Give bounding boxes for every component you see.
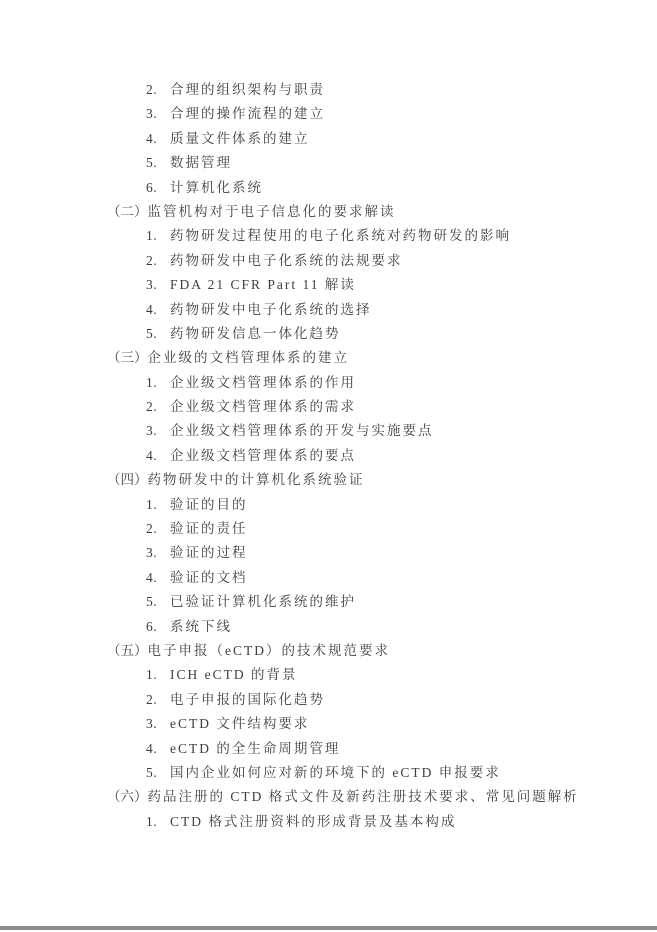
outline-item: 6.系统下线 xyxy=(0,615,657,639)
outline-section-heading: （四）药物研发中的计算机化系统验证 xyxy=(0,468,657,492)
item-number: 1. xyxy=(146,810,170,834)
item-number: 4. xyxy=(146,737,170,761)
item-text: 合理的操作流程的建立 xyxy=(170,106,325,121)
item-number: 2. xyxy=(146,78,170,102)
item-number: 5. xyxy=(146,151,170,175)
outline-item: 3.合理的操作流程的建立 xyxy=(0,102,657,126)
item-number: 1. xyxy=(146,371,170,395)
item-text: 验证的责任 xyxy=(170,521,248,536)
outline-item: 1.CTD 格式注册资料的形成背景及基本构成 xyxy=(0,810,657,834)
item-number: 1. xyxy=(146,224,170,248)
item-number: 4. xyxy=(146,444,170,468)
outline-item: 2.药物研发中电子化系统的法规要求 xyxy=(0,249,657,273)
item-number: 3. xyxy=(146,541,170,565)
section-number-label: （四） xyxy=(107,468,148,492)
item-text: 验证的文档 xyxy=(170,570,248,585)
outline-item: 5.国内企业如何应对新的环境下的 eCTD 申报要求 xyxy=(0,761,657,785)
outline-item: 4.企业级文档管理体系的要点 xyxy=(0,444,657,468)
outline-section-heading: （六）药品注册的 CTD 格式文件及新药注册技术要求、常见问题解析 xyxy=(0,785,657,809)
page-separator xyxy=(0,926,657,930)
outline-item: 4.验证的文档 xyxy=(0,566,657,590)
item-text: 企业级文档管理体系的开发与实施要点 xyxy=(170,423,434,438)
item-number: 6. xyxy=(146,176,170,200)
item-number: 5. xyxy=(146,322,170,346)
item-number: 3. xyxy=(146,419,170,443)
item-number: 2. xyxy=(146,249,170,273)
section-title: 电子申报（eCTD）的技术规范要求 xyxy=(148,643,391,658)
outline-item: 2.企业级文档管理体系的需求 xyxy=(0,395,657,419)
item-text: 验证的目的 xyxy=(170,497,248,512)
outline-item: 2.合理的组织架构与职责 xyxy=(0,78,657,102)
item-text: 质量文件体系的建立 xyxy=(170,131,310,146)
section-number-label: （六） xyxy=(107,785,148,809)
item-text: 药物研发信息一体化趋势 xyxy=(170,326,341,341)
outline-item: 1.药物研发过程使用的电子化系统对药物研发的影响 xyxy=(0,224,657,248)
outline-item: 2.验证的责任 xyxy=(0,517,657,541)
item-text: eCTD 的全生命周期管理 xyxy=(170,741,340,756)
item-text: 计算机化系统 xyxy=(170,180,263,195)
outline-item: 4.质量文件体系的建立 xyxy=(0,127,657,151)
item-text: 验证的过程 xyxy=(170,545,248,560)
item-text: FDA 21 CFR Part 11 解读 xyxy=(170,277,356,292)
item-text: 药物研发中电子化系统的法规要求 xyxy=(170,253,403,268)
outline-item: 1.验证的目的 xyxy=(0,493,657,517)
outline-item: 2.电子申报的国际化趋势 xyxy=(0,688,657,712)
item-number: 1. xyxy=(146,663,170,687)
item-text: 已验证计算机化系统的维护 xyxy=(170,594,356,609)
item-number: 6. xyxy=(146,615,170,639)
outline-item: 4.eCTD 的全生命周期管理 xyxy=(0,737,657,761)
item-number: 3. xyxy=(146,712,170,736)
item-number: 2. xyxy=(146,395,170,419)
item-text: 企业级文档管理体系的要点 xyxy=(170,448,356,463)
item-number: 3. xyxy=(146,273,170,297)
outline-item: 5.数据管理 xyxy=(0,151,657,175)
item-text: 药物研发中电子化系统的选择 xyxy=(170,302,372,317)
section-number-label: （五） xyxy=(107,639,148,663)
item-text: 数据管理 xyxy=(170,155,232,170)
section-number-label: （二） xyxy=(107,200,148,224)
outline-item: 1.企业级文档管理体系的作用 xyxy=(0,371,657,395)
section-number-label: （三） xyxy=(107,346,148,370)
outline-item: 6.计算机化系统 xyxy=(0,176,657,200)
item-number: 5. xyxy=(146,761,170,785)
outline-item: 3.企业级文档管理体系的开发与实施要点 xyxy=(0,419,657,443)
outline-section-heading: （五）电子申报（eCTD）的技术规范要求 xyxy=(0,639,657,663)
document-page: 2.合理的组织架构与职责 3.合理的操作流程的建立 4.质量文件体系的建立 5.… xyxy=(0,0,657,932)
item-number: 2. xyxy=(146,517,170,541)
section-title: 药品注册的 CTD 格式文件及新药注册技术要求、常见问题解析 xyxy=(148,789,579,804)
section-title: 监管机构对于电子信息化的要求解读 xyxy=(148,204,396,219)
item-text: 企业级文档管理体系的作用 xyxy=(170,375,356,390)
outline-item: 5.药物研发信息一体化趋势 xyxy=(0,322,657,346)
item-text: 药物研发过程使用的电子化系统对药物研发的影响 xyxy=(170,228,511,243)
item-text: 企业级文档管理体系的需求 xyxy=(170,399,356,414)
outline-item: 1.ICH eCTD 的背景 xyxy=(0,663,657,687)
item-text: 电子申报的国际化趋势 xyxy=(170,692,325,707)
item-number: 4. xyxy=(146,298,170,322)
item-number: 1. xyxy=(146,493,170,517)
outline-item: 3.FDA 21 CFR Part 11 解读 xyxy=(0,273,657,297)
outline-section-heading: （二）监管机构对于电子信息化的要求解读 xyxy=(0,200,657,224)
outline-section-heading: （三）企业级的文档管理体系的建立 xyxy=(0,346,657,370)
item-text: ICH eCTD 的背景 xyxy=(170,667,298,682)
item-number: 4. xyxy=(146,127,170,151)
item-number: 3. xyxy=(146,102,170,126)
outline-item: 3.验证的过程 xyxy=(0,541,657,565)
item-number: 5. xyxy=(146,590,170,614)
item-text: 合理的组织架构与职责 xyxy=(170,82,325,97)
outline-item: 5.已验证计算机化系统的维护 xyxy=(0,590,657,614)
outline-list: 2.合理的组织架构与职责 3.合理的操作流程的建立 4.质量文件体系的建立 5.… xyxy=(0,78,657,834)
section-title: 药物研发中的计算机化系统验证 xyxy=(148,472,365,487)
item-number: 2. xyxy=(146,688,170,712)
section-title: 企业级的文档管理体系的建立 xyxy=(148,350,350,365)
outline-item: 3.eCTD 文件结构要求 xyxy=(0,712,657,736)
item-number: 4. xyxy=(146,566,170,590)
item-text: 系统下线 xyxy=(170,619,232,634)
item-text: CTD 格式注册资料的形成背景及基本构成 xyxy=(170,814,456,829)
item-text: eCTD 文件结构要求 xyxy=(170,716,309,731)
item-text: 国内企业如何应对新的环境下的 eCTD 申报要求 xyxy=(170,765,501,780)
outline-item: 4.药物研发中电子化系统的选择 xyxy=(0,298,657,322)
